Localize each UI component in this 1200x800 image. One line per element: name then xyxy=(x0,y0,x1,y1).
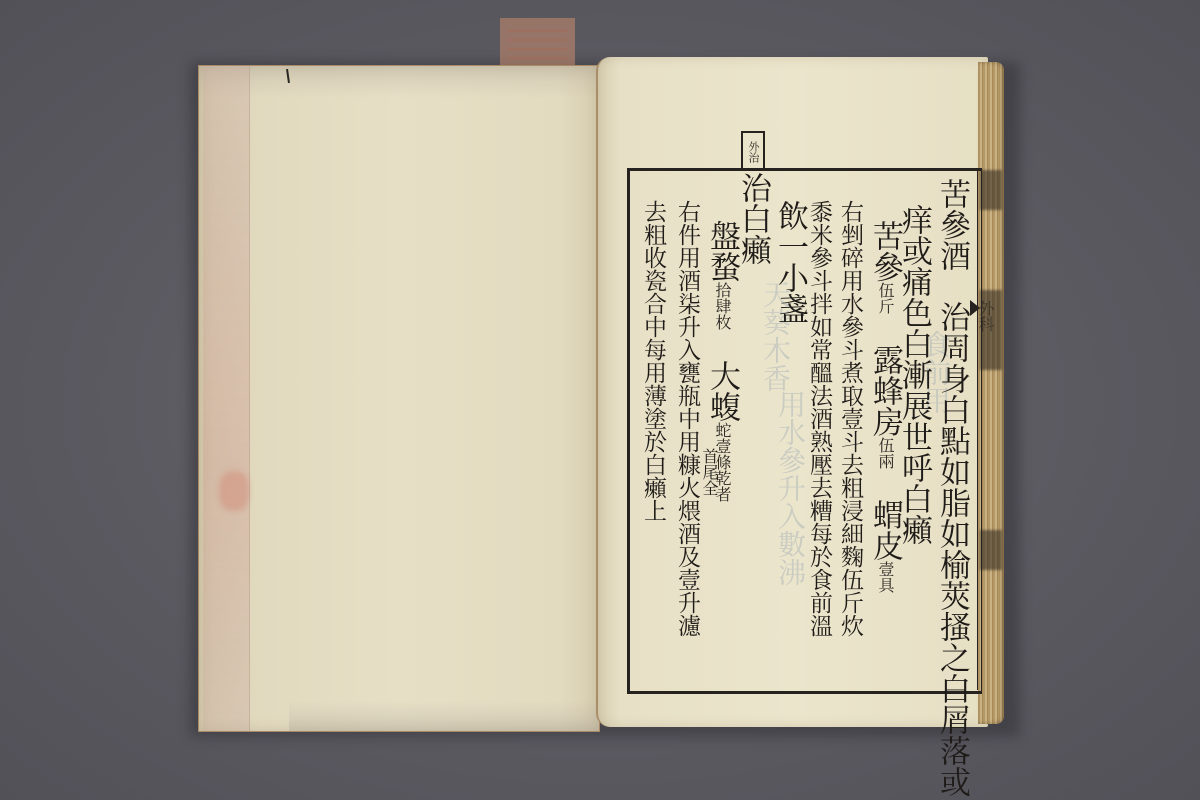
fore-edge-ink xyxy=(980,530,1002,570)
stain xyxy=(219,471,249,511)
ingredient: 露蜂房 xyxy=(867,344,903,437)
text-column-8-subnote: 首尾全 xyxy=(700,448,718,496)
section-tab-label: 外治 xyxy=(741,131,765,171)
ingredient-amount: 壹具 xyxy=(876,561,895,593)
text-column-3: 苦參伍斤露蜂房伍兩蝟皮壹具 xyxy=(868,220,902,593)
text-column-5: 黍米參斗拌如常醞法酒熟壓去糟每於食前溫 xyxy=(806,200,831,637)
column-text: 治周身白點如脂如榆莢搔之白屑落或 xyxy=(934,301,970,797)
ingredient-amount: 伍斤 xyxy=(876,282,895,314)
left-page-bottom-shade xyxy=(289,701,599,731)
column-text: 去粗收瓷合中每用薄塗於白癩上 xyxy=(640,200,666,522)
text-column-4: 右剉碎用水參斗煮取壹斗去粗浸細麴伍斤炊 xyxy=(837,200,862,637)
text-column-1: 苦參酒治周身白點如脂如榆莢搔之白屑落或 xyxy=(935,178,969,797)
ingredient-note: 首尾全 xyxy=(700,448,719,496)
ingredient-amount: 拾肆枚 xyxy=(713,282,732,330)
ingredient: 苦參 xyxy=(867,220,903,282)
text-column-10: 去粗收瓷合中每用薄塗於白癩上 xyxy=(640,200,665,522)
ingredient: 大蝮 xyxy=(704,360,740,422)
ingredient-amount: 伍兩 xyxy=(876,437,895,469)
ingredient: 蝟皮 xyxy=(867,499,903,561)
recipe-title: 苦參酒 xyxy=(934,178,970,271)
left-page-blank xyxy=(198,65,600,732)
text-column-7: 治白癩 xyxy=(736,172,770,265)
left-page-binding-band xyxy=(203,66,250,731)
frame-line xyxy=(977,168,978,690)
fore-edge-ink xyxy=(980,170,1002,210)
text-column-9: 右件用酒柒升入甕瓶中用糠火煨酒及壹升濾 xyxy=(674,200,699,637)
left-page-top-shade xyxy=(199,66,599,98)
recipe-title: 治白癩 xyxy=(735,172,771,265)
column-text: 飲一小盞 xyxy=(772,200,808,324)
column-text: 右件用酒柒升入甕瓶中用糠火煨酒及壹升濾 xyxy=(674,200,700,637)
ingredient: 盤蝥 xyxy=(704,220,740,282)
column-text: 右剉碎用水參斗煮取壹斗去粗浸細麴伍斤炊 xyxy=(837,200,863,637)
text-column-6: 飲一小盞 xyxy=(773,200,807,324)
column-text: 黍米參斗拌如常醞法酒熟壓去糟每於食前溫 xyxy=(806,200,832,637)
